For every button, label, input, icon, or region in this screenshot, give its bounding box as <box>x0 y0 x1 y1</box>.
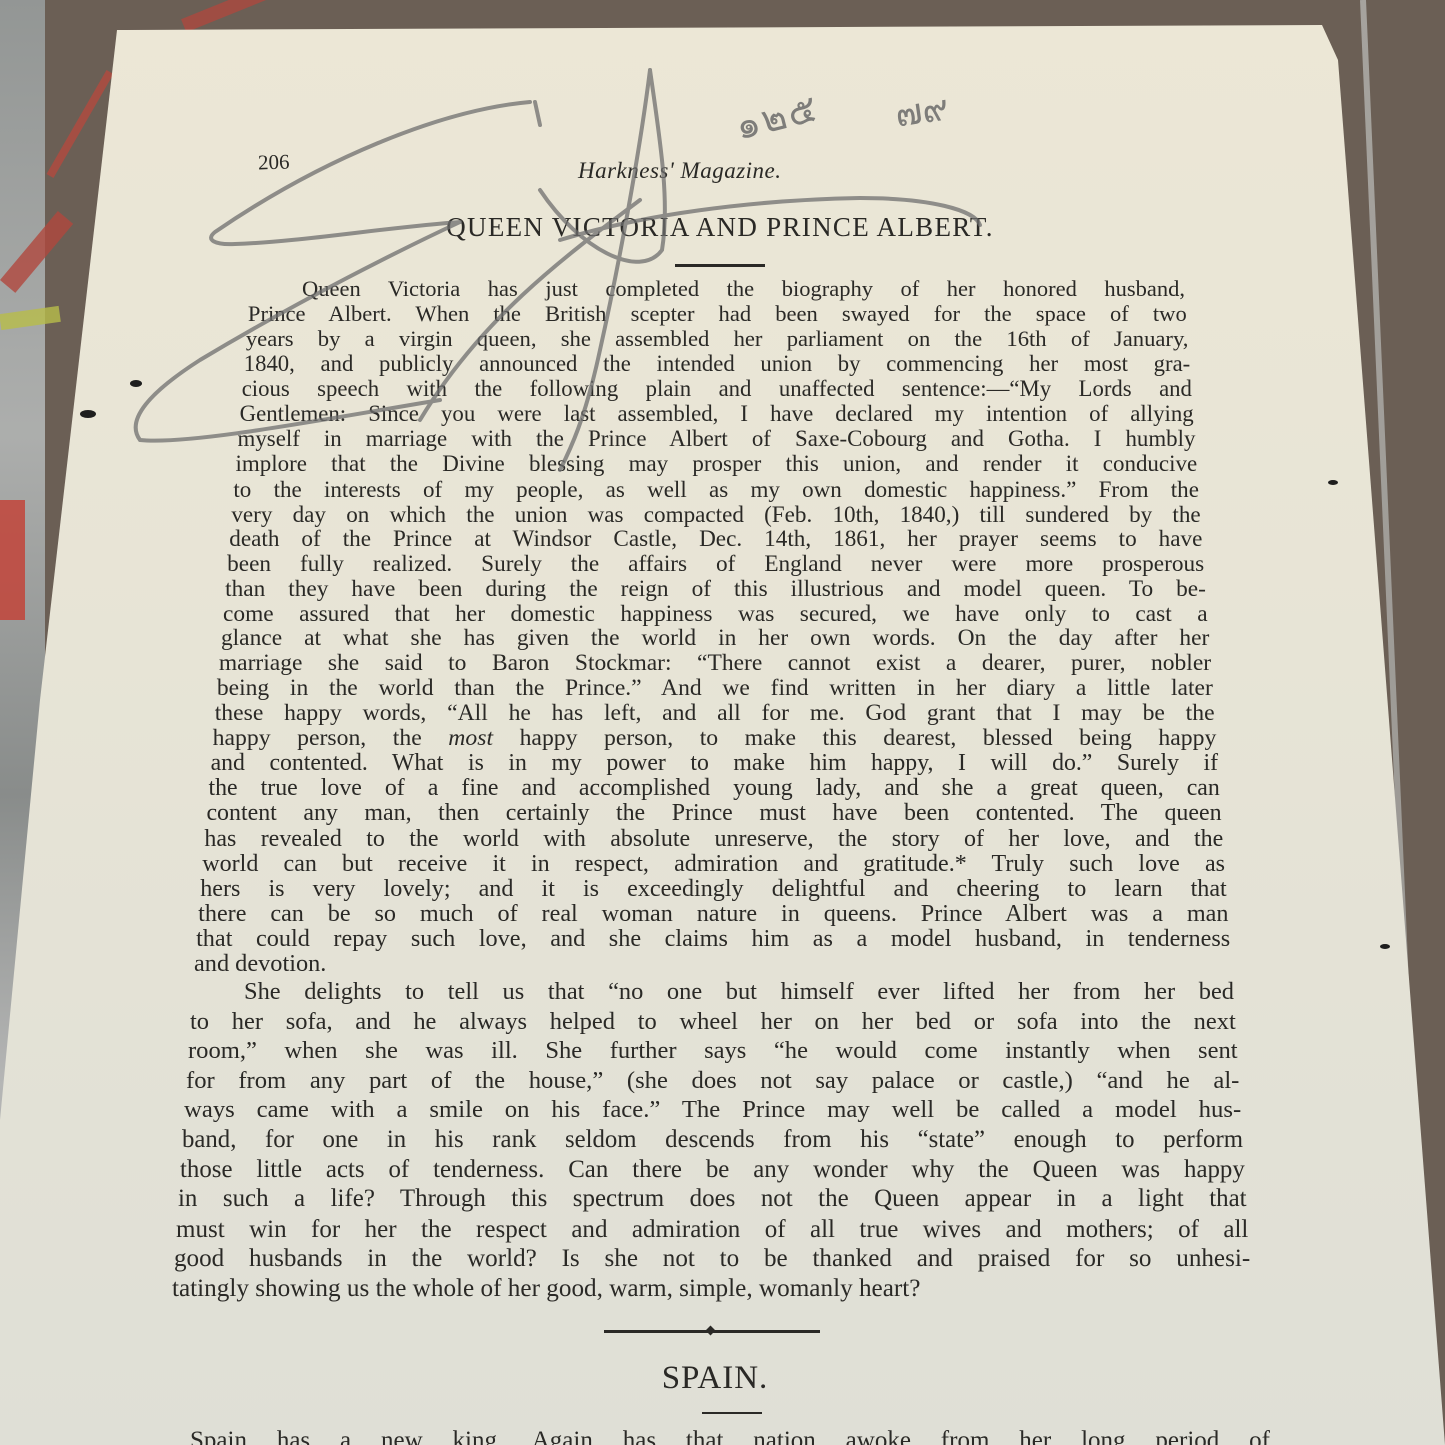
text-line: the true love of a fine and accomplished… <box>209 777 1220 802</box>
section-first-line: Spain has a new king. Again has that nat… <box>190 1428 1270 1445</box>
text-line: myself in marriage with the Prince Alber… <box>238 428 1196 452</box>
text-line: hers is very lovely; and it is exceeding… <box>200 877 1227 902</box>
text-line: to the interests of my people, as well a… <box>233 478 1199 502</box>
text-line: those little acts of tenderness. Can the… <box>180 1158 1245 1184</box>
text-line: and contented. What is in my power to ma… <box>211 752 1218 777</box>
text-line: for from any part of the house,” (she do… <box>186 1069 1239 1095</box>
text-line: these happy words, “All he has left, and… <box>215 702 1215 727</box>
text-line: very day on which the union was compacte… <box>231 503 1200 527</box>
text-line: than they have been during the reign of … <box>225 578 1206 602</box>
text-line: She delights to tell us that “no one but… <box>244 980 1234 1006</box>
handwritten-annotation: ๗๙ <box>891 79 952 143</box>
magazine-name: Harkness' Magazine. <box>578 158 782 184</box>
text-line: to her sofa, and he always helped to whe… <box>190 1010 1236 1036</box>
text-line: Gentlemen: Since you were last assembled… <box>240 403 1194 427</box>
text-line: implore that the Divine blessing may pro… <box>235 453 1197 477</box>
section-rule <box>702 1412 762 1414</box>
text-line: that could repay such love, and she clai… <box>196 927 1230 952</box>
text-line: band, for one in his rank seldom descend… <box>182 1128 1243 1154</box>
article-title: QUEEN VICTORIA AND PRINCE ALBERT. <box>350 212 1090 243</box>
text-line: and devotion. <box>194 952 326 976</box>
text-line: marriage she said to Baron Stockmar: “Th… <box>219 652 1211 677</box>
text-line: has revealed to the world with absolute … <box>204 827 1223 852</box>
page-number: 206 <box>258 149 290 175</box>
running-head: 206 Harkness' Magazine. <box>258 150 1218 180</box>
text-line: happy person, the most happy person, to … <box>213 727 1217 752</box>
text-line: ways came with a smile on his face.” The… <box>184 1098 1241 1124</box>
text-line: Queen Victoria has just completed the bi… <box>302 278 1185 302</box>
text-line: cious speech with the following plain an… <box>242 378 1192 402</box>
section-title: SPAIN. <box>560 1360 870 1397</box>
pin-hole <box>1380 944 1390 949</box>
pin-hole <box>130 380 142 387</box>
text-line: room,” when she was ill. She further say… <box>188 1039 1238 1065</box>
text-line: Prince Albert. When the British scepter … <box>248 303 1187 327</box>
pin-hole <box>80 410 96 418</box>
text-line: tatingly showing us the whole of her goo… <box>172 1276 920 1301</box>
pin-hole <box>1328 480 1338 485</box>
text-line: in such a life? Through this spectrum do… <box>178 1187 1247 1213</box>
text-line: death of the Prince at Windsor Castle, D… <box>229 528 1202 552</box>
text-line: glance at what she has given the world i… <box>221 627 1209 652</box>
text-line: years by a virgin queen, she assembled h… <box>246 328 1189 352</box>
text-line: world can but receive it in respect, adm… <box>202 852 1225 877</box>
emphasis-word: most <box>448 725 493 751</box>
text-line: come assured that her domestic happiness… <box>223 603 1208 628</box>
text-line: there can be so much of real woman natur… <box>198 902 1228 927</box>
text-line: content any man, then certainly the Prin… <box>206 802 1221 827</box>
text-line: good husbands in the world? Is she not t… <box>174 1246 1250 1272</box>
title-rule <box>675 264 765 267</box>
text-line: being in the world than the Prince.” And… <box>217 677 1213 702</box>
document: 206 Harkness' Magazine. QUEEN VICTORIA A… <box>0 0 1445 1445</box>
text-line: 1840, and publicly announced the intende… <box>244 353 1190 377</box>
section-divider-ornament <box>604 1330 820 1333</box>
text-line: must win for her the respect and admirat… <box>176 1217 1248 1243</box>
text-line: been fully realized. Surely the affairs … <box>227 553 1204 577</box>
